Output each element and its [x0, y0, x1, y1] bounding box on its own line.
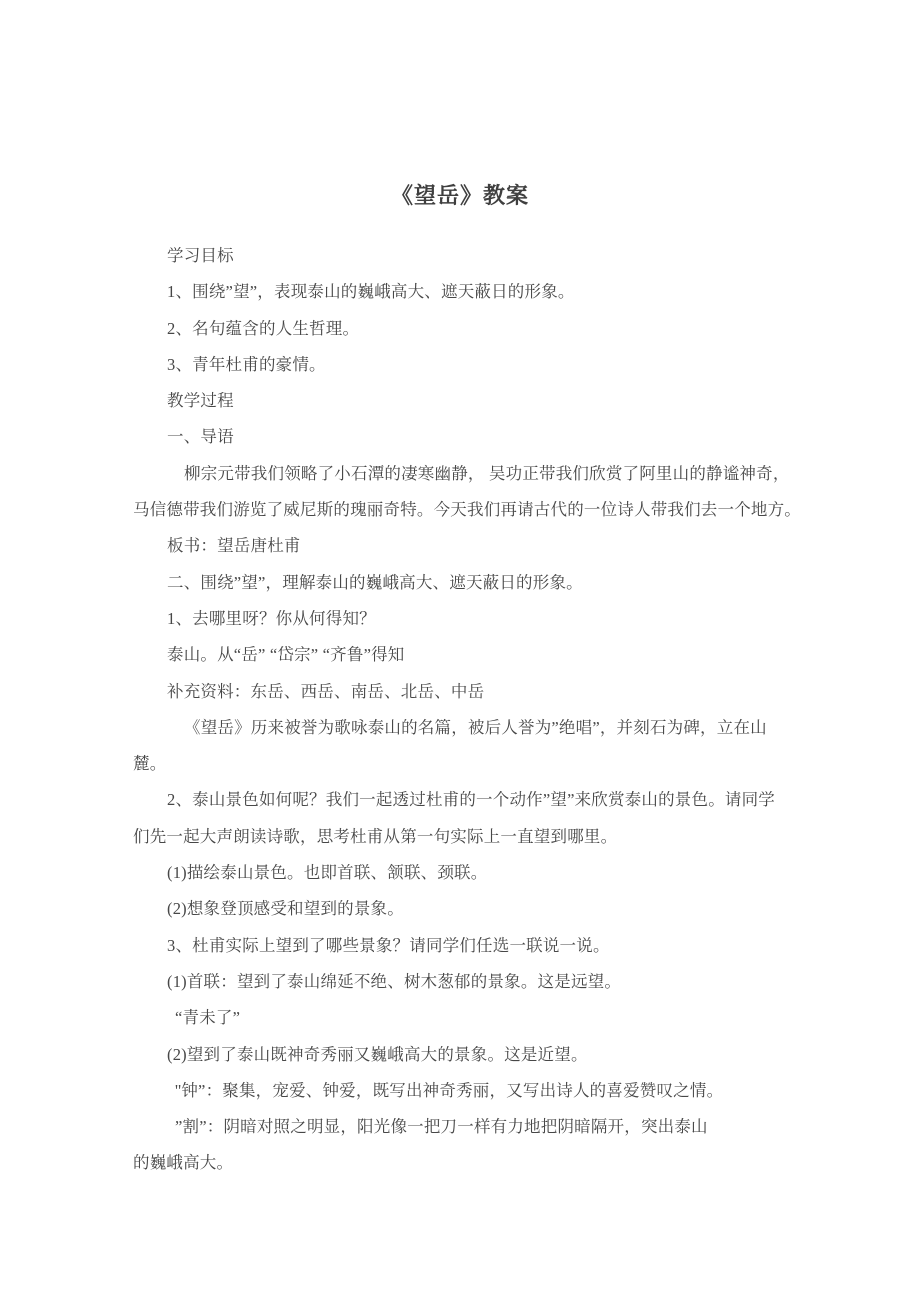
text-line: (2)想象登顶感受和望到的景象。 — [133, 891, 797, 927]
text-line: (2)望到了泰山既神奇秀丽又巍峨高大的景象。这是近望。 — [133, 1037, 797, 1073]
text-line: 3、青年杜甫的豪情。 — [133, 347, 797, 383]
text-line: 的巍峨高大。 — [133, 1145, 797, 1181]
text-line: “青未了” — [133, 1000, 797, 1036]
document-body: 学习目标1、围绕”望”，表现泰山的巍峨高大、遮天蔽日的形象。2、名句蕴含的人生哲… — [133, 238, 797, 1182]
text-line: 2、泰山景色如何呢？我们一起透过杜甫的一个动作”望”来欣赏泰山的景色。请同学 — [133, 782, 797, 818]
text-line: 《望岳》历来被誉为歌咏泰山的名篇，被后人誉为”绝唱”，并刻石为碑，立在山 — [133, 710, 797, 746]
text-line: 泰山。从“岳” “岱宗” “齐鲁”得知 — [133, 637, 797, 673]
text-line: 补充资料：东岳、西岳、南岳、北岳、中岳 — [133, 674, 797, 710]
document-title: 《望岳》教案 — [0, 183, 920, 209]
text-line: 们先一起大声朗读诗歌，思考杜甫从第一句实际上一直望到哪里。 — [133, 819, 797, 855]
text-line: 马信德带我们游览了威尼斯的瑰丽奇特。今天我们再请古代的一位诗人带我们去一个地方。 — [133, 492, 797, 528]
text-line: 麓。 — [133, 746, 797, 782]
text-line: 3、杜甫实际上望到了哪些景象？请同学们任选一联说一说。 — [133, 928, 797, 964]
text-line: ”割”：阴暗对照之明显，阳光像一把刀一样有力地把阴暗隔开，突出泰山 — [133, 1109, 797, 1145]
text-line: 教学过程 — [133, 383, 797, 419]
text-line: 1、去哪里呀？你从何得知？ — [133, 601, 797, 637]
document-page: 《望岳》教案 学习目标1、围绕”望”，表现泰山的巍峨高大、遮天蔽日的形象。2、名… — [0, 0, 920, 1302]
text-line: 一、导语 — [133, 419, 797, 455]
text-line: 2、名句蕴含的人生哲理。 — [133, 311, 797, 347]
text-line: 柳宗元带我们领略了小石潭的凄寒幽静， 吴功正带我们欣赏了阿里山的静谧神奇， — [133, 456, 797, 492]
text-line: 学习目标 — [133, 238, 797, 274]
text-line: 1、围绕”望”，表现泰山的巍峨高大、遮天蔽日的形象。 — [133, 274, 797, 310]
text-line: ''钟”：聚集，宠爱、钟爱，既写出神奇秀丽，又写出诗人的喜爱赞叹之情。 — [133, 1073, 797, 1109]
text-line: (1)描绘泰山景色。也即首联、颔联、颈联。 — [133, 855, 797, 891]
text-line: 二、围绕”望”，理解泰山的巍峨高大、遮天蔽日的形象。 — [133, 565, 797, 601]
text-line: (1)首联：望到了泰山绵延不绝、树木葱郁的景象。这是远望。 — [133, 964, 797, 1000]
text-line: 板书：望岳唐杜甫 — [133, 528, 797, 564]
